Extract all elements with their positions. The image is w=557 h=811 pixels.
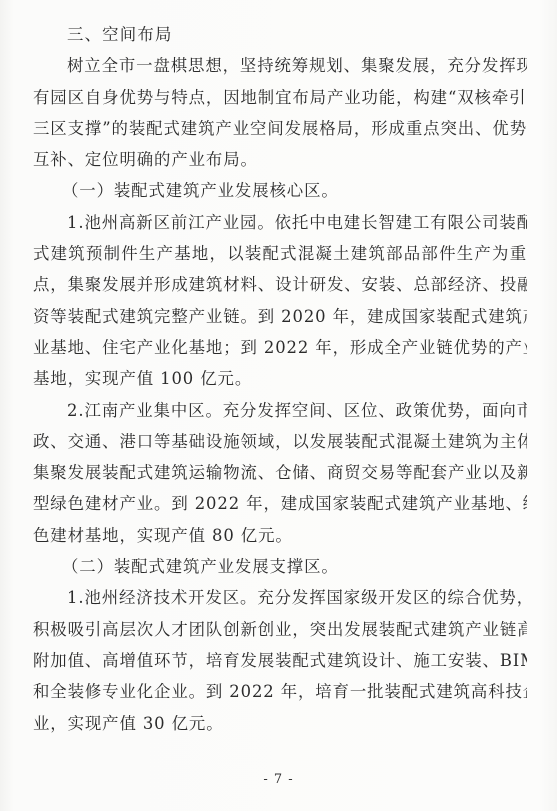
paragraph-economic-dev-zone: 1.池州经济技术开发区。充分发挥国家级开发区的综合优势， 积极吸引高层次人才团队… (33, 582, 527, 738)
text-line: 业基地、住宅产业化基地；到 2022 年，形成全产业链优势的产业 (33, 332, 527, 363)
text-line: 资等装配式建筑完整产业链。到 2020 年，建成国家装配式建筑产 (33, 301, 527, 332)
page-number: - 7 - (0, 772, 557, 787)
section-heading: 三、空间布局 (33, 19, 527, 50)
text-line: 三区支撑”的装配式建筑产业空间发展格局，形成重点突出、优势 (33, 113, 527, 144)
text-line: 基地，实现产值 100 亿元。 (33, 363, 527, 394)
text-line: 色建材基地，实现产值 80 亿元。 (33, 520, 527, 551)
text-line: 2.江南产业集中区。充分发挥空间、区位、政策优势，面向市 (33, 395, 527, 426)
text-line: 点，集聚发展并形成建筑材料、设计研发、安装、总部经济、投融 (33, 269, 527, 300)
document-page: 三、空间布局 树立全市一盘棋思想，坚持统筹规划、集聚发展，充分发挥现 有园区自身… (0, 0, 557, 811)
text-line: 型绿色建材产业。到 2022 年，建成国家装配式建筑产业基地、绿 (33, 488, 527, 519)
text-line: 附加值、高增值环节，培育发展装配式建筑设计、施工安装、BIM (33, 645, 527, 676)
text-line: 1.池州高新区前江产业园。依托中电建长智建工有限公司装配 (33, 207, 527, 238)
subsection-heading-support-zone: （二）装配式建筑产业发展支撑区。 (33, 551, 527, 582)
document-body: 三、空间布局 树立全市一盘棋思想，坚持统筹规划、集聚发展，充分发挥现 有园区自身… (33, 19, 527, 739)
text-line: 政、交通、港口等基础设施领域，以发展装配式混凝土建筑为主体， (33, 426, 527, 457)
text-line: 有园区自身优势与特点，因地制宜布局产业功能，构建“双核牵引、 (33, 82, 527, 113)
text-line: 集聚发展装配式建筑运输物流、仓储、商贸交易等配套产业以及新 (33, 457, 527, 488)
subsection-heading-core-zone: （一）装配式建筑产业发展核心区。 (33, 175, 527, 206)
text-line: 互补、定位明确的产业布局。 (33, 144, 527, 175)
paragraph-intro: 树立全市一盘棋思想，坚持统筹规划、集聚发展，充分发挥现 有园区自身优势与特点，因… (33, 50, 527, 175)
text-line: 积极吸引高层次人才团队创新创业，突出发展装配式建筑产业链高 (33, 614, 527, 645)
text-line: 和全装修专业化企业。到 2022 年，培育一批装配式建筑高科技企 (33, 676, 527, 707)
paragraph-qianjiang-park: 1.池州高新区前江产业园。依托中电建长智建工有限公司装配 式建筑预制件生产基地，… (33, 207, 527, 395)
text-line: 业，实现产值 30 亿元。 (33, 708, 527, 739)
text-line: 1.池州经济技术开发区。充分发挥国家级开发区的综合优势， (33, 582, 527, 613)
text-line: 式建筑预制件生产基地，以装配式混凝土建筑部品部件生产为重 (33, 238, 527, 269)
text-line: 树立全市一盘棋思想，坚持统筹规划、集聚发展，充分发挥现 (33, 50, 527, 81)
paragraph-jiangnan-zone: 2.江南产业集中区。充分发挥空间、区位、政策优势，面向市 政、交通、港口等基础设… (33, 395, 527, 551)
